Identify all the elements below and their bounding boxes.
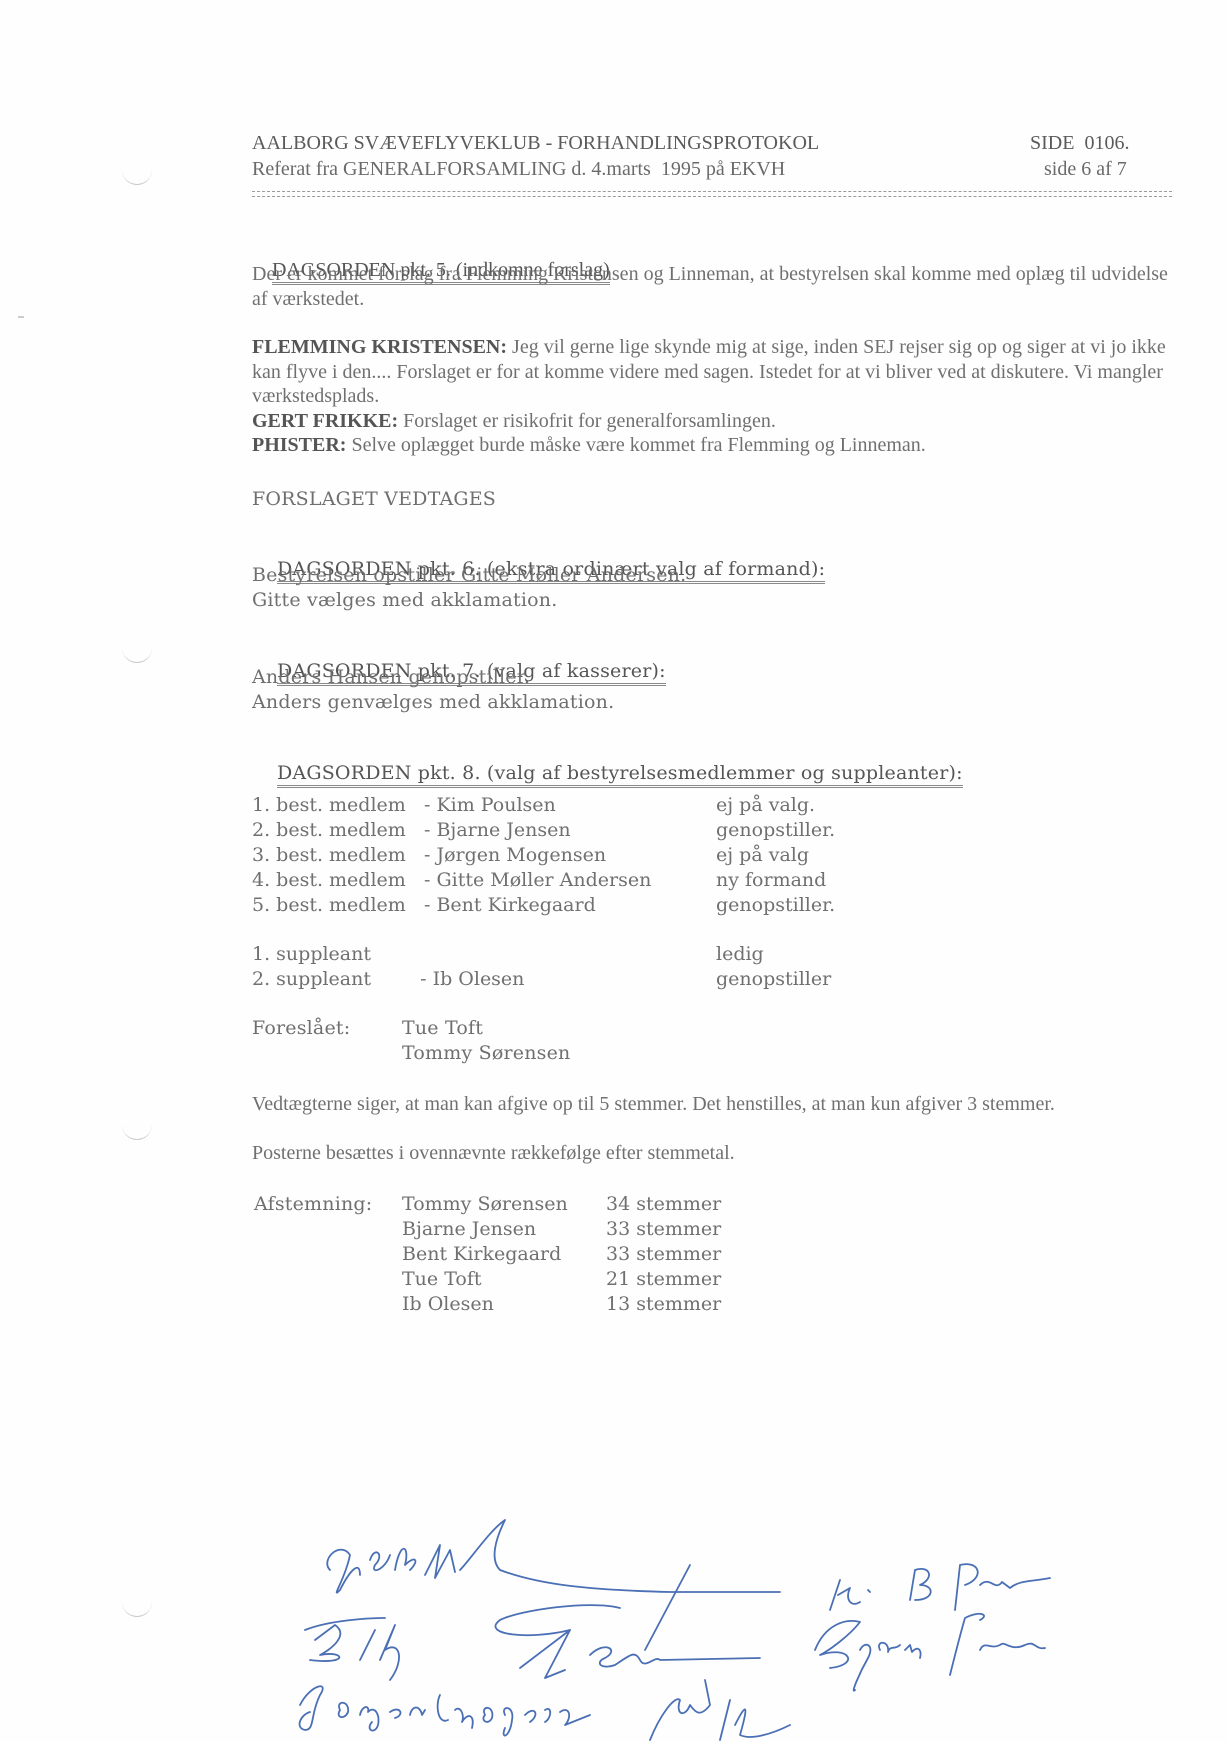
table-row: Ib Olesen13 stemmer bbox=[402, 1293, 721, 1318]
pkt6-line: Gitte vælges med akklamation. bbox=[252, 589, 557, 611]
member-status: genopstiller. bbox=[716, 819, 835, 844]
margin-mark bbox=[18, 316, 24, 318]
member-status: ej på valg. bbox=[716, 794, 835, 819]
vote-label: Afstemning: bbox=[254, 1193, 372, 1215]
member-name: - Bent Kirkegaard bbox=[424, 894, 716, 919]
table-row: 5. best. medlem - Bent Kirkegaardgenopst… bbox=[252, 894, 835, 919]
table-row: 2. best. medlem - Bjarne Jensengenopstil… bbox=[252, 819, 835, 844]
substitute-status: ledig bbox=[716, 943, 831, 968]
speaker-name: PHISTER: bbox=[252, 434, 346, 456]
speaker-name: FLEMMING KRISTENSEN: bbox=[252, 336, 507, 358]
document-title: AALBORG SVÆVEFLYVEKLUB - FORHANDLINGSPRO… bbox=[252, 132, 819, 155]
vote-count: 21 stemmer bbox=[606, 1268, 721, 1293]
page-count: side 6 af 7 bbox=[1044, 158, 1127, 181]
board-members-table: 1. best. medlem - Kim Poulsenej på valg.… bbox=[252, 794, 835, 919]
pkt6-line: Bestyrelsen opstiller Gitte Møller Ander… bbox=[252, 564, 686, 586]
candidate-name: Tommy Sørensen bbox=[402, 1193, 606, 1218]
candidate-name: Tue Toft bbox=[402, 1268, 606, 1293]
voting-rules-text: Vedtægterne siger, at man kan afgive op … bbox=[252, 1092, 1172, 1117]
member-status: ny formand bbox=[716, 869, 835, 894]
substitute-status: genopstiller bbox=[716, 968, 831, 993]
vote-count: 34 stemmer bbox=[606, 1193, 721, 1218]
member-name: - Jørgen Mogensen bbox=[424, 844, 716, 869]
table-row: Bjarne Jensen33 stemmer bbox=[402, 1218, 721, 1243]
member-role: 2. best. medlem bbox=[252, 819, 424, 844]
punch-hole-mark bbox=[122, 1117, 152, 1140]
discussion-entry: GERT FRIKKE: Forslaget er risikofrit for… bbox=[252, 409, 1172, 434]
candidate-name: Bjarne Jensen bbox=[402, 1218, 606, 1243]
substitute-role: 1. suppleant bbox=[252, 943, 402, 968]
member-role: 3. best. medlem bbox=[252, 844, 424, 869]
discussion: FLEMMING KRISTENSEN: Jeg vil gerne lige … bbox=[252, 335, 1172, 458]
pkt5-text: Der er kommet forslag fra Flemming Krist… bbox=[252, 262, 1172, 311]
member-role: 5. best. medlem bbox=[252, 894, 424, 919]
substitute-role: 2. suppleant bbox=[252, 968, 402, 993]
member-status: genopstiller. bbox=[716, 894, 835, 919]
substitutes-table: 1. suppleantledig2. suppleant - Ib Olese… bbox=[252, 943, 831, 993]
punch-hole-mark bbox=[122, 640, 152, 663]
table-row: 3. best. medlem - Jørgen Mogensenej på v… bbox=[252, 844, 835, 869]
table-row: Bent Kirkegaard33 stemmer bbox=[402, 1243, 721, 1268]
table-row: 1. suppleantledig bbox=[252, 943, 831, 968]
member-name: - Kim Poulsen bbox=[424, 794, 716, 819]
vote-count: 33 stemmer bbox=[606, 1243, 721, 1268]
substitute-name bbox=[402, 943, 716, 968]
proposed-candidate: Tue Toft bbox=[402, 1017, 483, 1039]
table-row: Tue Toft21 stemmer bbox=[402, 1268, 721, 1293]
resolution-text: FORSLAGET VEDTAGES bbox=[252, 488, 496, 510]
member-status: ej på valg bbox=[716, 844, 835, 869]
table-row: 4. best. medlem - Gitte Møller Andersenn… bbox=[252, 869, 835, 894]
table-row: Tommy Sørensen34 stemmer bbox=[402, 1193, 721, 1218]
discussion-entry: FLEMMING KRISTENSEN: Jeg vil gerne lige … bbox=[252, 335, 1172, 409]
member-role: 4. best. medlem bbox=[252, 869, 424, 894]
table-row: 2. suppleant - Ib Olesengenopstiller bbox=[252, 968, 831, 993]
table-row: 1. best. medlem - Kim Poulsenej på valg. bbox=[252, 794, 835, 819]
punch-hole-mark bbox=[122, 1594, 152, 1617]
voting-order-text: Posterne besættes i ovennævnte rækkefølg… bbox=[252, 1141, 1172, 1166]
member-name: - Bjarne Jensen bbox=[424, 819, 716, 844]
proposed-label: Foreslået: bbox=[252, 1017, 350, 1039]
punch-hole-mark bbox=[122, 162, 152, 185]
substitute-name: - Ib Olesen bbox=[402, 968, 716, 993]
document-subtitle: Referat fra GENERALFORSAMLING d. 4.marts… bbox=[252, 158, 785, 181]
header-rule bbox=[252, 191, 1172, 197]
proposed-candidate: Tommy Sørensen bbox=[402, 1042, 571, 1064]
candidate-name: Ib Olesen bbox=[402, 1293, 606, 1318]
vote-count: 13 stemmer bbox=[606, 1293, 721, 1318]
discussion-entry: PHISTER: Selve oplægget burde måske være… bbox=[252, 433, 1172, 458]
signatures bbox=[290, 1500, 1190, 1742]
page-reference: SIDE 0106. bbox=[1030, 132, 1129, 155]
pkt7-line: Anders Hansen genopstiller. bbox=[252, 666, 530, 688]
vote-results-table: Tommy Sørensen34 stemmerBjarne Jensen33 … bbox=[402, 1193, 721, 1318]
pkt7-line: Anders genvælges med akklamation. bbox=[252, 691, 614, 713]
member-role: 1. best. medlem bbox=[252, 794, 424, 819]
speaker-name: GERT FRIKKE: bbox=[252, 410, 398, 432]
vote-count: 33 stemmer bbox=[606, 1218, 721, 1243]
scanned-page: AALBORG SVÆVEFLYVEKLUB - FORHANDLINGSPRO… bbox=[0, 0, 1228, 1742]
member-name: - Gitte Møller Andersen bbox=[424, 869, 716, 894]
candidate-name: Bent Kirkegaard bbox=[402, 1243, 606, 1268]
